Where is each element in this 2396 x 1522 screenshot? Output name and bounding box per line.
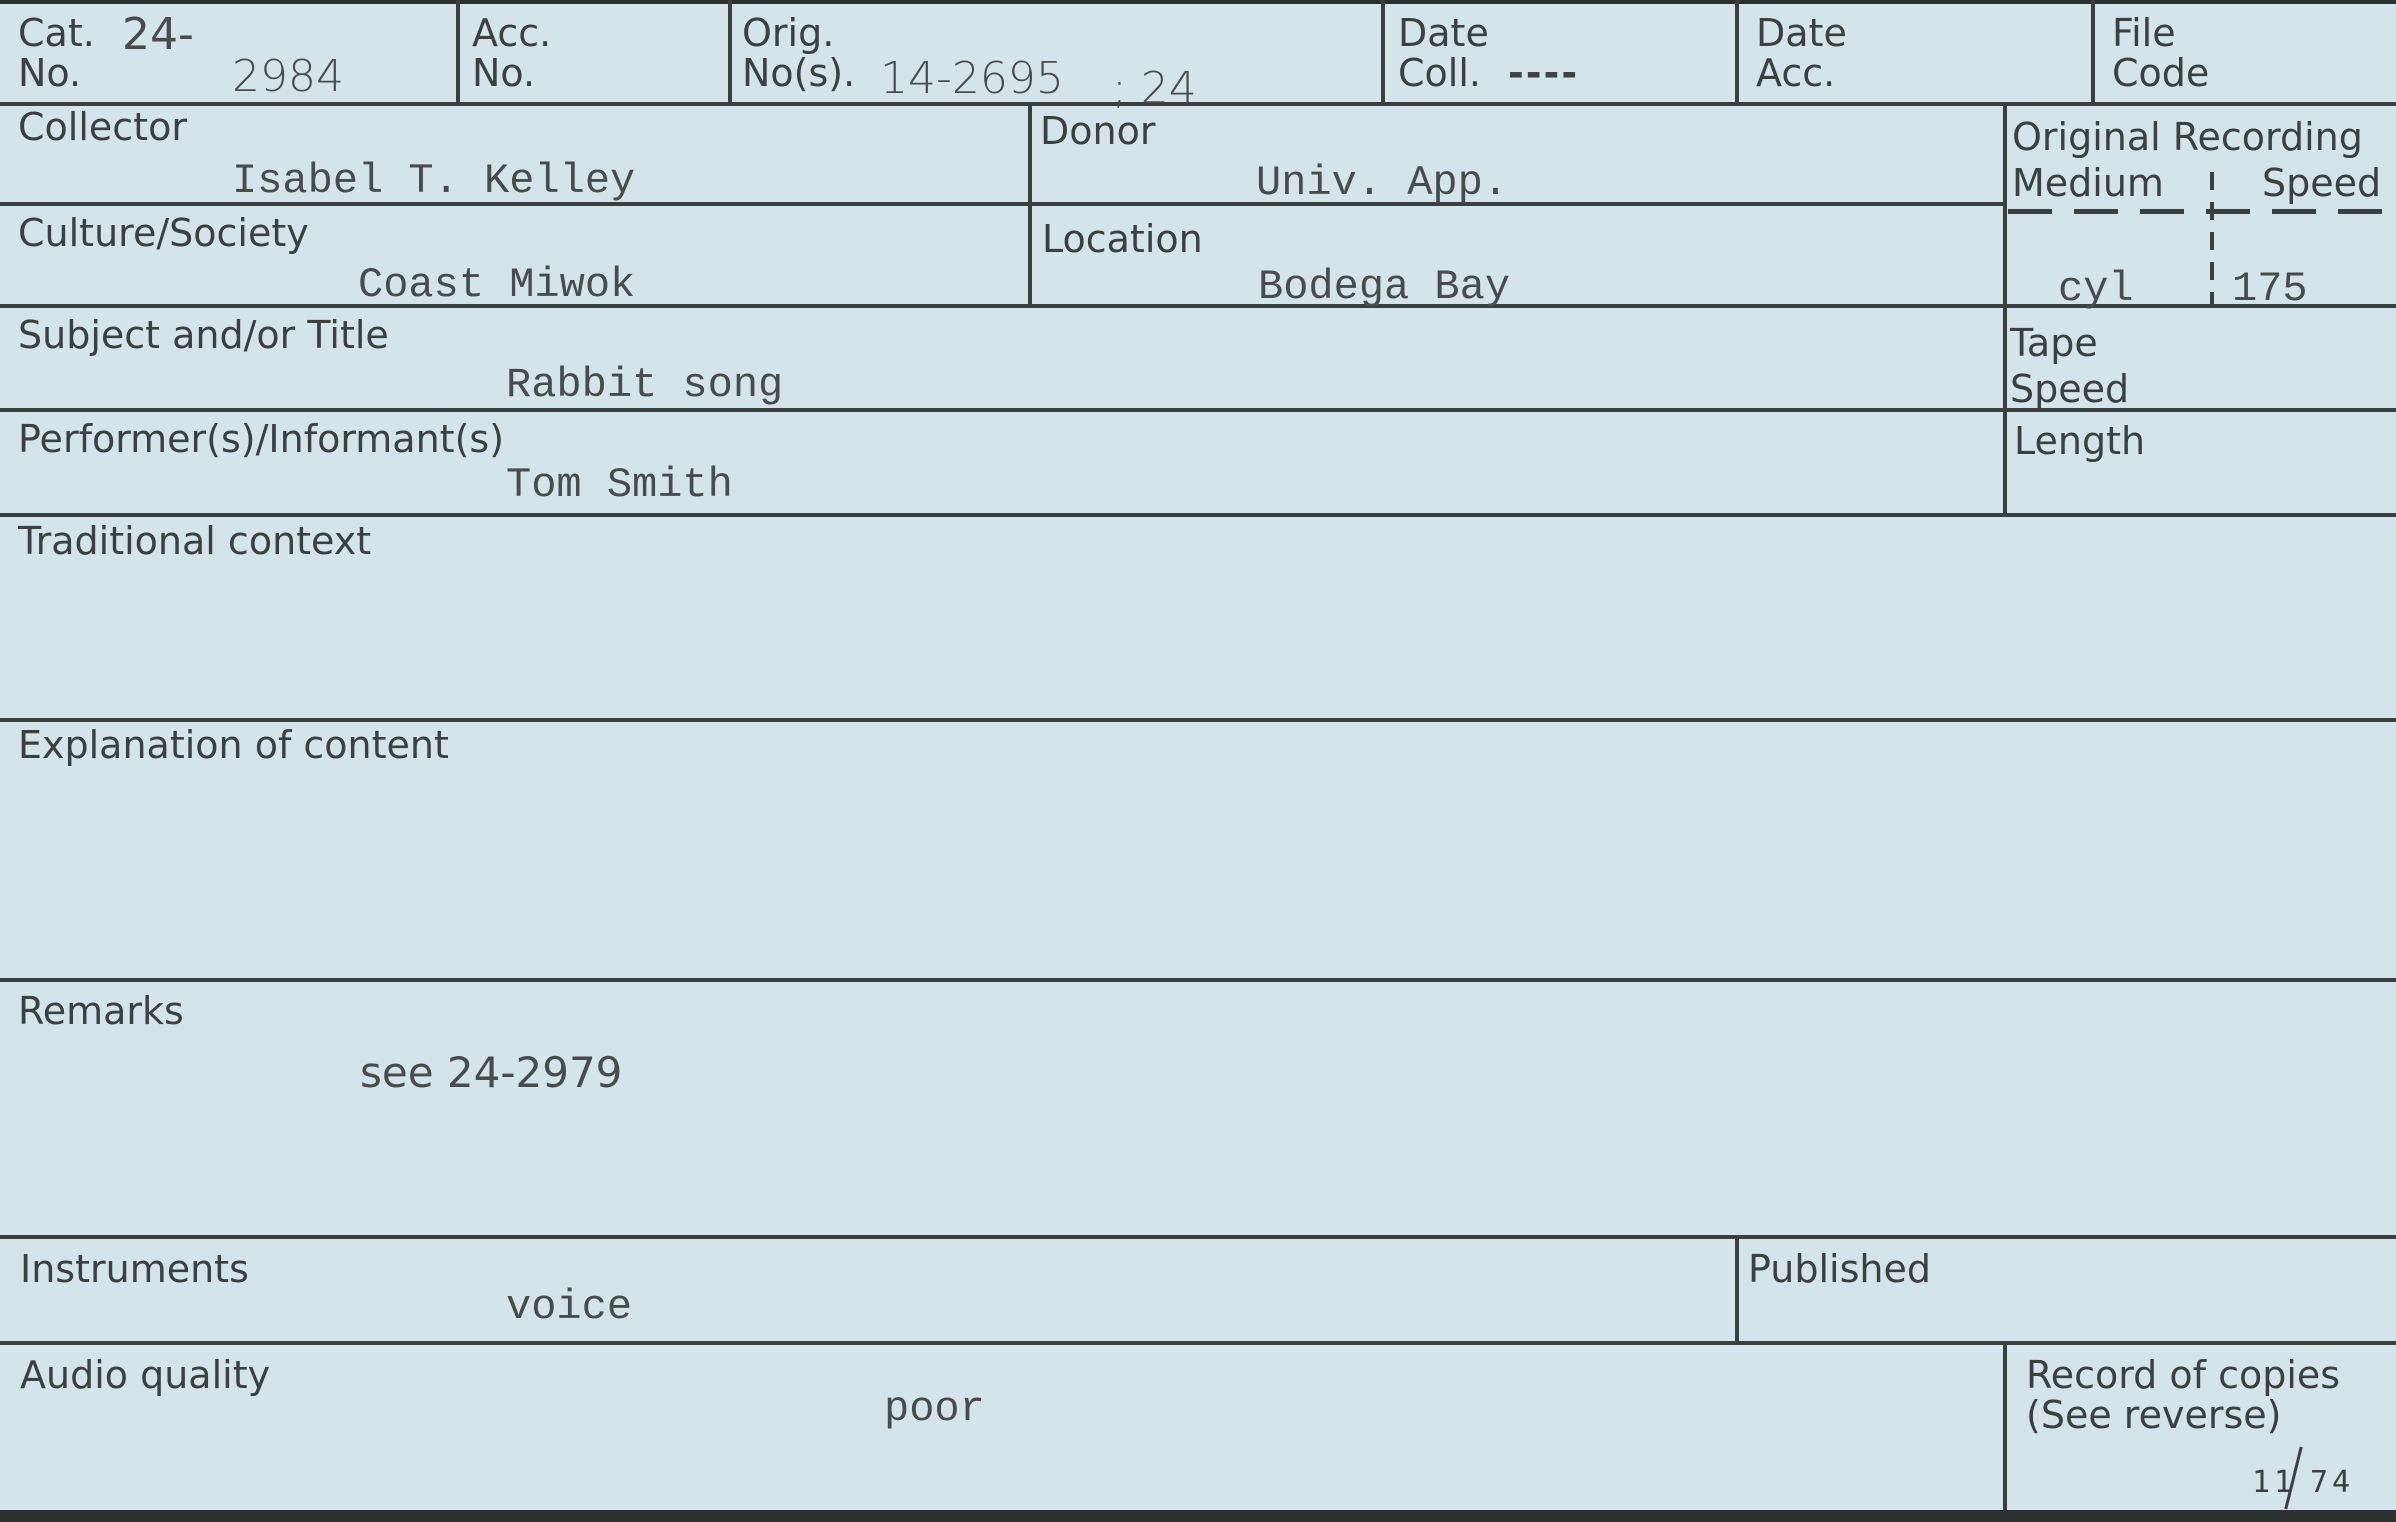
audio-quality-value: poor — [884, 1386, 985, 1432]
performer-label: Performer(s)/Informant(s) — [18, 418, 504, 460]
orig-nos-value: 14-2695 — [880, 56, 1064, 102]
form-date-year: 74 — [2310, 1466, 2354, 1500]
culture-label: Culture/Society — [18, 212, 309, 254]
rule-v-datecoll-dateacc — [1735, 0, 1739, 104]
performer-value: Tom Smith — [506, 462, 733, 508]
date-coll-label-line1: Date — [1398, 12, 1489, 54]
cat-no-label-line1: Cat. — [18, 12, 95, 54]
speed-label: Speed — [2262, 162, 2381, 204]
donor-label: Donor — [1040, 110, 1155, 152]
rule-performer-bottom — [0, 513, 2396, 517]
tape-speed-label-line1: Tape — [2010, 322, 2098, 364]
speed-value: 175 — [2232, 266, 2308, 312]
instruments-label: Instruments — [20, 1248, 249, 1290]
location-label: Location — [1042, 218, 1203, 260]
explanation-label: Explanation of content — [18, 724, 449, 766]
instruments-value: voice — [506, 1284, 632, 1330]
date-acc-label-line1: Date — [1756, 12, 1847, 54]
remarks-label: Remarks — [18, 990, 184, 1032]
card-top-edge — [0, 0, 2396, 4]
card-bottom-edge — [0, 1510, 2396, 1522]
date-coll-label-line2: Coll. — [1398, 52, 1481, 94]
donor-value: Univ. App. — [1256, 160, 1508, 206]
cat-no-value: 2984 — [232, 54, 344, 100]
rule-traditional-bottom — [0, 718, 2396, 722]
rule-v-instruments-published — [1735, 1235, 1739, 1343]
date-coll-value: ---- — [1508, 52, 1579, 94]
orig-nos-label-line1: Orig. — [742, 12, 834, 54]
location-value: Bodega Bay — [1258, 264, 1510, 310]
catalog-card: Cat. 24- No. 2984 Acc. No. Orig. No(s). … — [0, 0, 2396, 1522]
cat-no-label-line2: No. — [18, 52, 81, 94]
length-label: Length — [2014, 420, 2145, 462]
remarks-value: see 24-2979 — [360, 1050, 622, 1096]
medium-label: Medium — [2012, 162, 2164, 204]
rule-v-collector-donor — [1028, 104, 1032, 306]
rule-header-bottom — [0, 102, 2396, 106]
audio-quality-label: Audio quality — [20, 1354, 270, 1396]
file-code-label-line1: File — [2112, 12, 2176, 54]
rule-v-audio-copies — [2003, 1341, 2007, 1513]
original-recording-label: Original Recording — [2012, 116, 2363, 158]
orig-nos-label-line2: No(s). — [742, 52, 855, 94]
orig-nos-value2: ; 24 — [1112, 66, 1197, 112]
record-of-copies-label-line2: (See reverse) — [2026, 1394, 2281, 1436]
subject-label: Subject and/or Title — [18, 314, 389, 356]
rule-v-right-column — [2003, 104, 2007, 516]
medium-value: cyl — [2058, 266, 2134, 312]
acc-no-label-line2: No. — [472, 52, 535, 94]
rule-v-acc-orig — [728, 0, 732, 104]
file-code-label-line2: Code — [2112, 52, 2209, 94]
rule-explanation-bottom — [0, 978, 2396, 982]
collector-label: Collector — [18, 106, 187, 148]
published-label: Published — [1748, 1248, 1931, 1290]
rule-v-cat-acc — [456, 0, 460, 104]
cat-no-prefix: 24- — [122, 12, 194, 58]
traditional-context-label: Traditional context — [18, 520, 371, 562]
rule-v-dateacc-filecode — [2091, 0, 2095, 104]
acc-no-label-line1: Acc. — [472, 12, 551, 54]
subject-value: Rabbit song — [506, 362, 783, 408]
collector-value: Isabel T. Kelley — [232, 158, 635, 204]
rule-instruments-bottom — [0, 1341, 2396, 1345]
rule-v-orig-datecoll — [1381, 0, 1385, 104]
rule-remarks-bottom — [0, 1235, 2396, 1239]
tape-speed-label-line2: Speed — [2010, 368, 2129, 410]
date-acc-label-line2: Acc. — [1756, 52, 1835, 94]
culture-value: Coast Miwok — [358, 262, 635, 308]
rule-medium-speed-dashed — [2008, 209, 2396, 214]
record-of-copies-label-line1: Record of copies — [2026, 1354, 2340, 1396]
rule-v-medium-speed-dashed — [2210, 172, 2214, 308]
